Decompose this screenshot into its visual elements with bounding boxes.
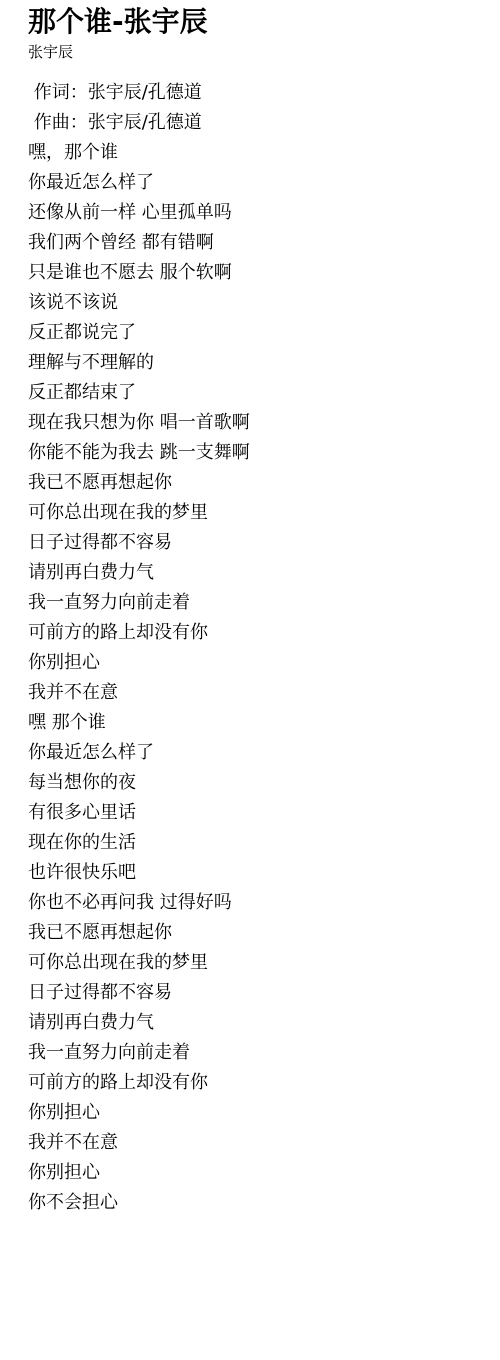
lyric-line: 现在你的生活 [28,828,480,858]
lyrics-block: 作词：张宇辰/孔德道 作曲：张宇辰/孔德道 嘿，那个谁你最近怎么样了还像从前一样… [28,78,480,1218]
credit-line: 作曲：张宇辰/孔德道 [28,108,480,138]
lyric-line: 你也不必再问我 过得好吗 [28,888,480,918]
credits-list: 作词：张宇辰/孔德道 作曲：张宇辰/孔德道 [28,78,480,138]
lyric-line: 我一直努力向前走着 [28,588,480,618]
lyric-line: 请别再白费力气 [28,1008,480,1038]
lyric-line: 日子过得都不容易 [28,528,480,558]
lyric-line: 你能不能为我去 跳一支舞啊 [28,438,480,468]
page-title: 那个谁-张宇辰 [28,4,480,40]
lyric-line: 我已不愿再想起你 [28,918,480,948]
lyric-line: 你别担心 [28,1098,480,1128]
lyric-line: 嘿，那个谁 [28,138,480,168]
lyric-line: 每当想你的夜 [28,768,480,798]
lyric-line: 可前方的路上却没有你 [28,1068,480,1098]
lyric-line: 该说不该说 [28,288,480,318]
credit-line: 作词：张宇辰/孔德道 [28,78,480,108]
lyrics-document: 那个谁-张宇辰 张宇辰 作词：张宇辰/孔德道 作曲：张宇辰/孔德道 嘿，那个谁你… [0,0,500,1218]
lyric-line: 也许很快乐吧 [28,858,480,888]
artist-name: 张宇辰 [28,42,480,62]
lyric-line: 你不会担心 [28,1188,480,1218]
lyric-line: 反正都结束了 [28,378,480,408]
lyric-line: 反正都说完了 [28,318,480,348]
lyric-line: 我并不在意 [28,1128,480,1158]
lyric-line: 嘿 那个谁 [28,708,480,738]
lyric-line: 你最近怎么样了 [28,168,480,198]
lyric-line: 还像从前一样 心里孤单吗 [28,198,480,228]
lyric-line: 有很多心里话 [28,798,480,828]
lyric-line: 请别再白费力气 [28,558,480,588]
lyric-line: 我们两个曾经 都有错啊 [28,228,480,258]
lyric-line: 我一直努力向前走着 [28,1038,480,1068]
lyric-line: 日子过得都不容易 [28,978,480,1008]
lyric-line: 可你总出现在我的梦里 [28,498,480,528]
lyric-line: 你别担心 [28,1158,480,1188]
lyric-line: 只是谁也不愿去 服个软啊 [28,258,480,288]
lyric-line: 理解与不理解的 [28,348,480,378]
lyric-line: 你别担心 [28,648,480,678]
lyric-line: 我并不在意 [28,678,480,708]
lyric-line: 你最近怎么样了 [28,738,480,768]
lyric-line: 我已不愿再想起你 [28,468,480,498]
lyrics-list: 嘿，那个谁你最近怎么样了还像从前一样 心里孤单吗我们两个曾经 都有错啊只是谁也不… [28,138,480,1218]
lyric-line: 现在我只想为你 唱一首歌啊 [28,408,480,438]
lyric-line: 可前方的路上却没有你 [28,618,480,648]
lyric-line: 可你总出现在我的梦里 [28,948,480,978]
